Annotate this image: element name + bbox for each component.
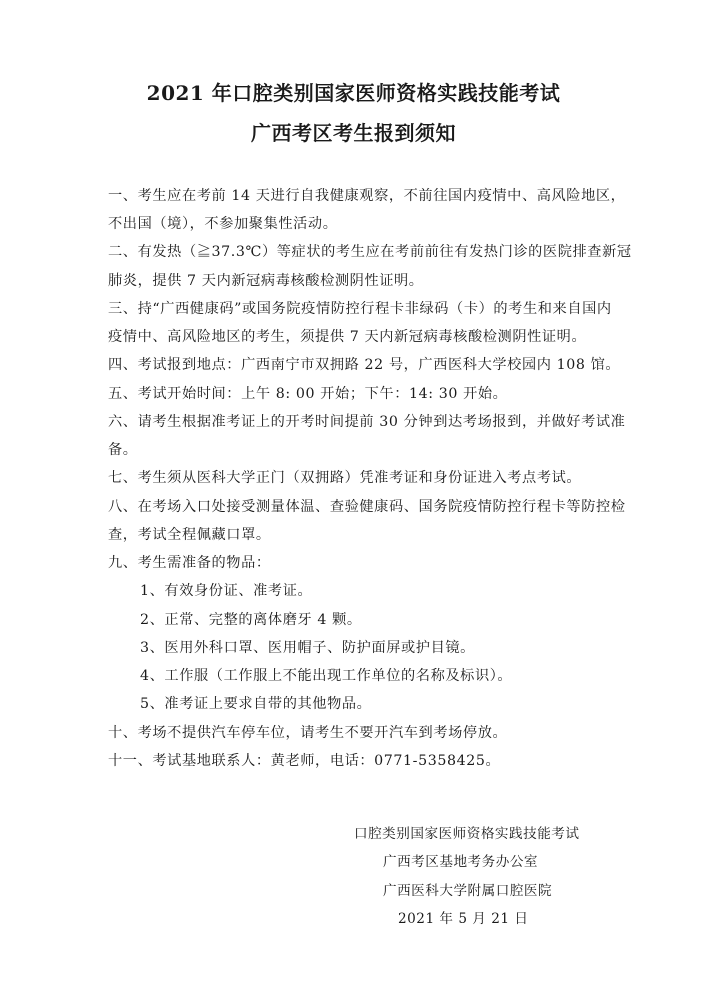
list-item: 3、医用外科口罩、医用帽子、防护面屏或护目镜。	[140, 637, 475, 657]
signature-org: 口腔类别国家医师资格实践技能考试	[354, 822, 580, 842]
body-line: 不出国（境），不参加聚集性活动。	[108, 213, 338, 233]
body-line: 四、考试报到地点：广西南宁市双拥路 22 号，广西医科大学校园内 108 馆。	[108, 354, 620, 374]
body-line: 备。	[108, 439, 138, 459]
signature-hospital: 广西医科大学附属口腔医院	[383, 879, 552, 899]
body-line: 九、考生需准备的物品：	[108, 552, 271, 572]
body-line: 七、考生须从医科大学正门（双拥路）凭准考证和身份证进入考点考试。	[108, 467, 581, 487]
body-line: 六、请考生根据准考证上的开考时间提前 30 分钟到达考场报到，并做好考试准	[108, 411, 625, 431]
signature-date: 2021 年 5 月 21 日	[398, 907, 528, 927]
body-line: 二、有发热（≧37.3℃）等症状的考生应在考前前往有发热门诊的医院排查新冠	[108, 241, 632, 261]
body-line: 十、考场不提供汽车停车位，请考生不要开汽车到考场停放。	[108, 722, 507, 742]
list-item: 5、准考证上要求自带的其他物品。	[140, 693, 371, 713]
signature-office: 广西考区基地考务办公室	[383, 850, 538, 870]
list-item: 1、有效身份证、准考证。	[140, 580, 312, 600]
body-line: 肺炎，提供 7 天内新冠病毒核酸检测阴性证明。	[108, 270, 424, 290]
body-line: 五、考试开始时间：上午 8: 00 开始；下午：14: 30 开始。	[108, 383, 507, 403]
list-item: 4、工作服（工作服上不能出现工作单位的名称及标识）。	[140, 665, 512, 685]
body-line: 一、考生应在考前 14 天进行自我健康观察，不前往国内疫情中、高风险地区，	[108, 185, 625, 205]
contact-line: 十一、考试基地联系人：黄老师，电话：0771-5358425。	[108, 750, 500, 770]
list-item: 2、正常、完整的离体磨牙 4 颗。	[140, 609, 362, 629]
body-line: 查，考试全程佩藏口罩。	[108, 524, 271, 544]
body-line: 八、在考场入口处接受测量体温、查验健康码、国务院疫情防控行程卡等防控检	[108, 496, 626, 516]
body-line: 三、持“广西健康码”或国务院疫情防控行程卡非绿码（卡）的考生和来自国内	[108, 298, 612, 318]
body-line: 疫情中、高风险地区的考生，须提供 7 天内新冠病毒核酸检测阴性证明。	[108, 326, 586, 346]
document-title: 2021 年口腔类别国家医师资格实践技能考试	[0, 77, 707, 106]
document-subtitle: 广西考区考生报到须知	[0, 117, 707, 146]
